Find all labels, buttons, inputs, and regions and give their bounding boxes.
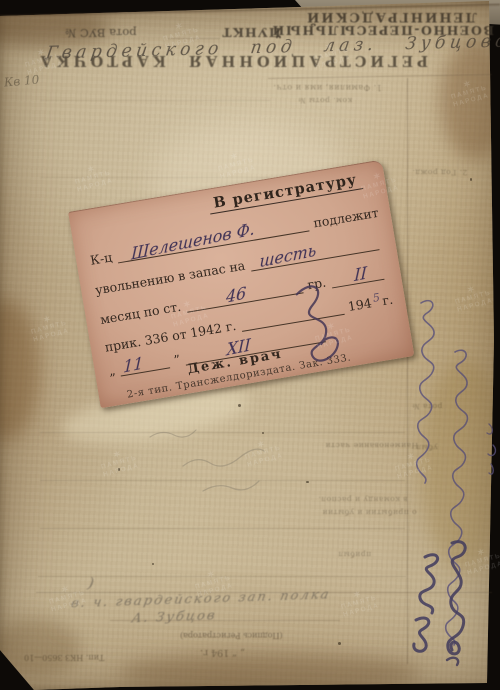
slip-ink-dots: · ·: [153, 386, 163, 397]
form-faint-row: прибыл: [338, 550, 371, 559]
form-faint-row: ком. роты №: [298, 96, 352, 105]
form-faint-row: в команду и распол.: [318, 495, 408, 504]
print-code-rotated: Тип. НКЗ 3650—10: [24, 653, 104, 662]
slip-kc-label: К-ц: [89, 249, 113, 267]
form-rule-line: [40, 100, 270, 101]
form-faint-row: 2. Год рожд.: [412, 168, 467, 177]
signature-caption-rotated: (Подпись Регистратора): [180, 631, 283, 640]
paper-speck: [338, 642, 341, 645]
paper-speck: [152, 563, 154, 565]
form-rule-line: [40, 480, 405, 481]
form-vertical-divider: [407, 78, 408, 664]
paper-speck: [118, 468, 120, 471]
slip-handwritten-term: шесть: [259, 240, 317, 271]
slip-podlezhit-label: подлежит: [312, 205, 379, 231]
stain: [420, 360, 500, 570]
form-faint-row: убыл: [416, 443, 438, 452]
slip-handwritten-day: 11: [123, 353, 144, 376]
form-rule-line: [40, 432, 405, 433]
slip-handwritten-article: 46: [226, 283, 247, 306]
form-faint-row: Наименование части: [325, 441, 418, 450]
header-rota-vus-rotated: рота ВУС №: [32, 26, 170, 40]
slip-handwritten-year-digit: 5: [372, 291, 381, 305]
form-rule-line: [40, 177, 270, 178]
form-faint-row: рота №: [412, 402, 442, 411]
pencil-note-line2: А. Зубцов: [130, 609, 217, 627]
slip-quote-close: ”: [173, 352, 182, 368]
slip-underline: 11: [119, 352, 171, 376]
form-faint-row: 1. Фамилия, имя и отч.: [273, 83, 382, 92]
paper-speck: [306, 481, 309, 483]
header-city-rotated: ЛЕНИНГРАДСКИЙ: [322, 9, 477, 24]
slip-quote-open: „: [108, 362, 117, 378]
slip-year-suffix: г.: [381, 292, 394, 309]
form-faint-row: о прибытии и убытии: [322, 508, 417, 517]
paper-speck: [470, 178, 472, 181]
year-blank-rotated: „ “ 194 г.: [200, 647, 245, 658]
doctor-signature-scribble: [265, 270, 369, 379]
scanned-document: ЛЕНИНГРАДСКИЙ ВОЕННО-ПЕРЕСЫЛЬНЫЙ ПУНКТ р…: [0, 0, 500, 690]
stain: [120, 652, 420, 690]
paper-speck: [238, 404, 241, 407]
slip-article-label: месяц по ст.: [99, 299, 182, 327]
form-rule-line: [40, 528, 405, 529]
